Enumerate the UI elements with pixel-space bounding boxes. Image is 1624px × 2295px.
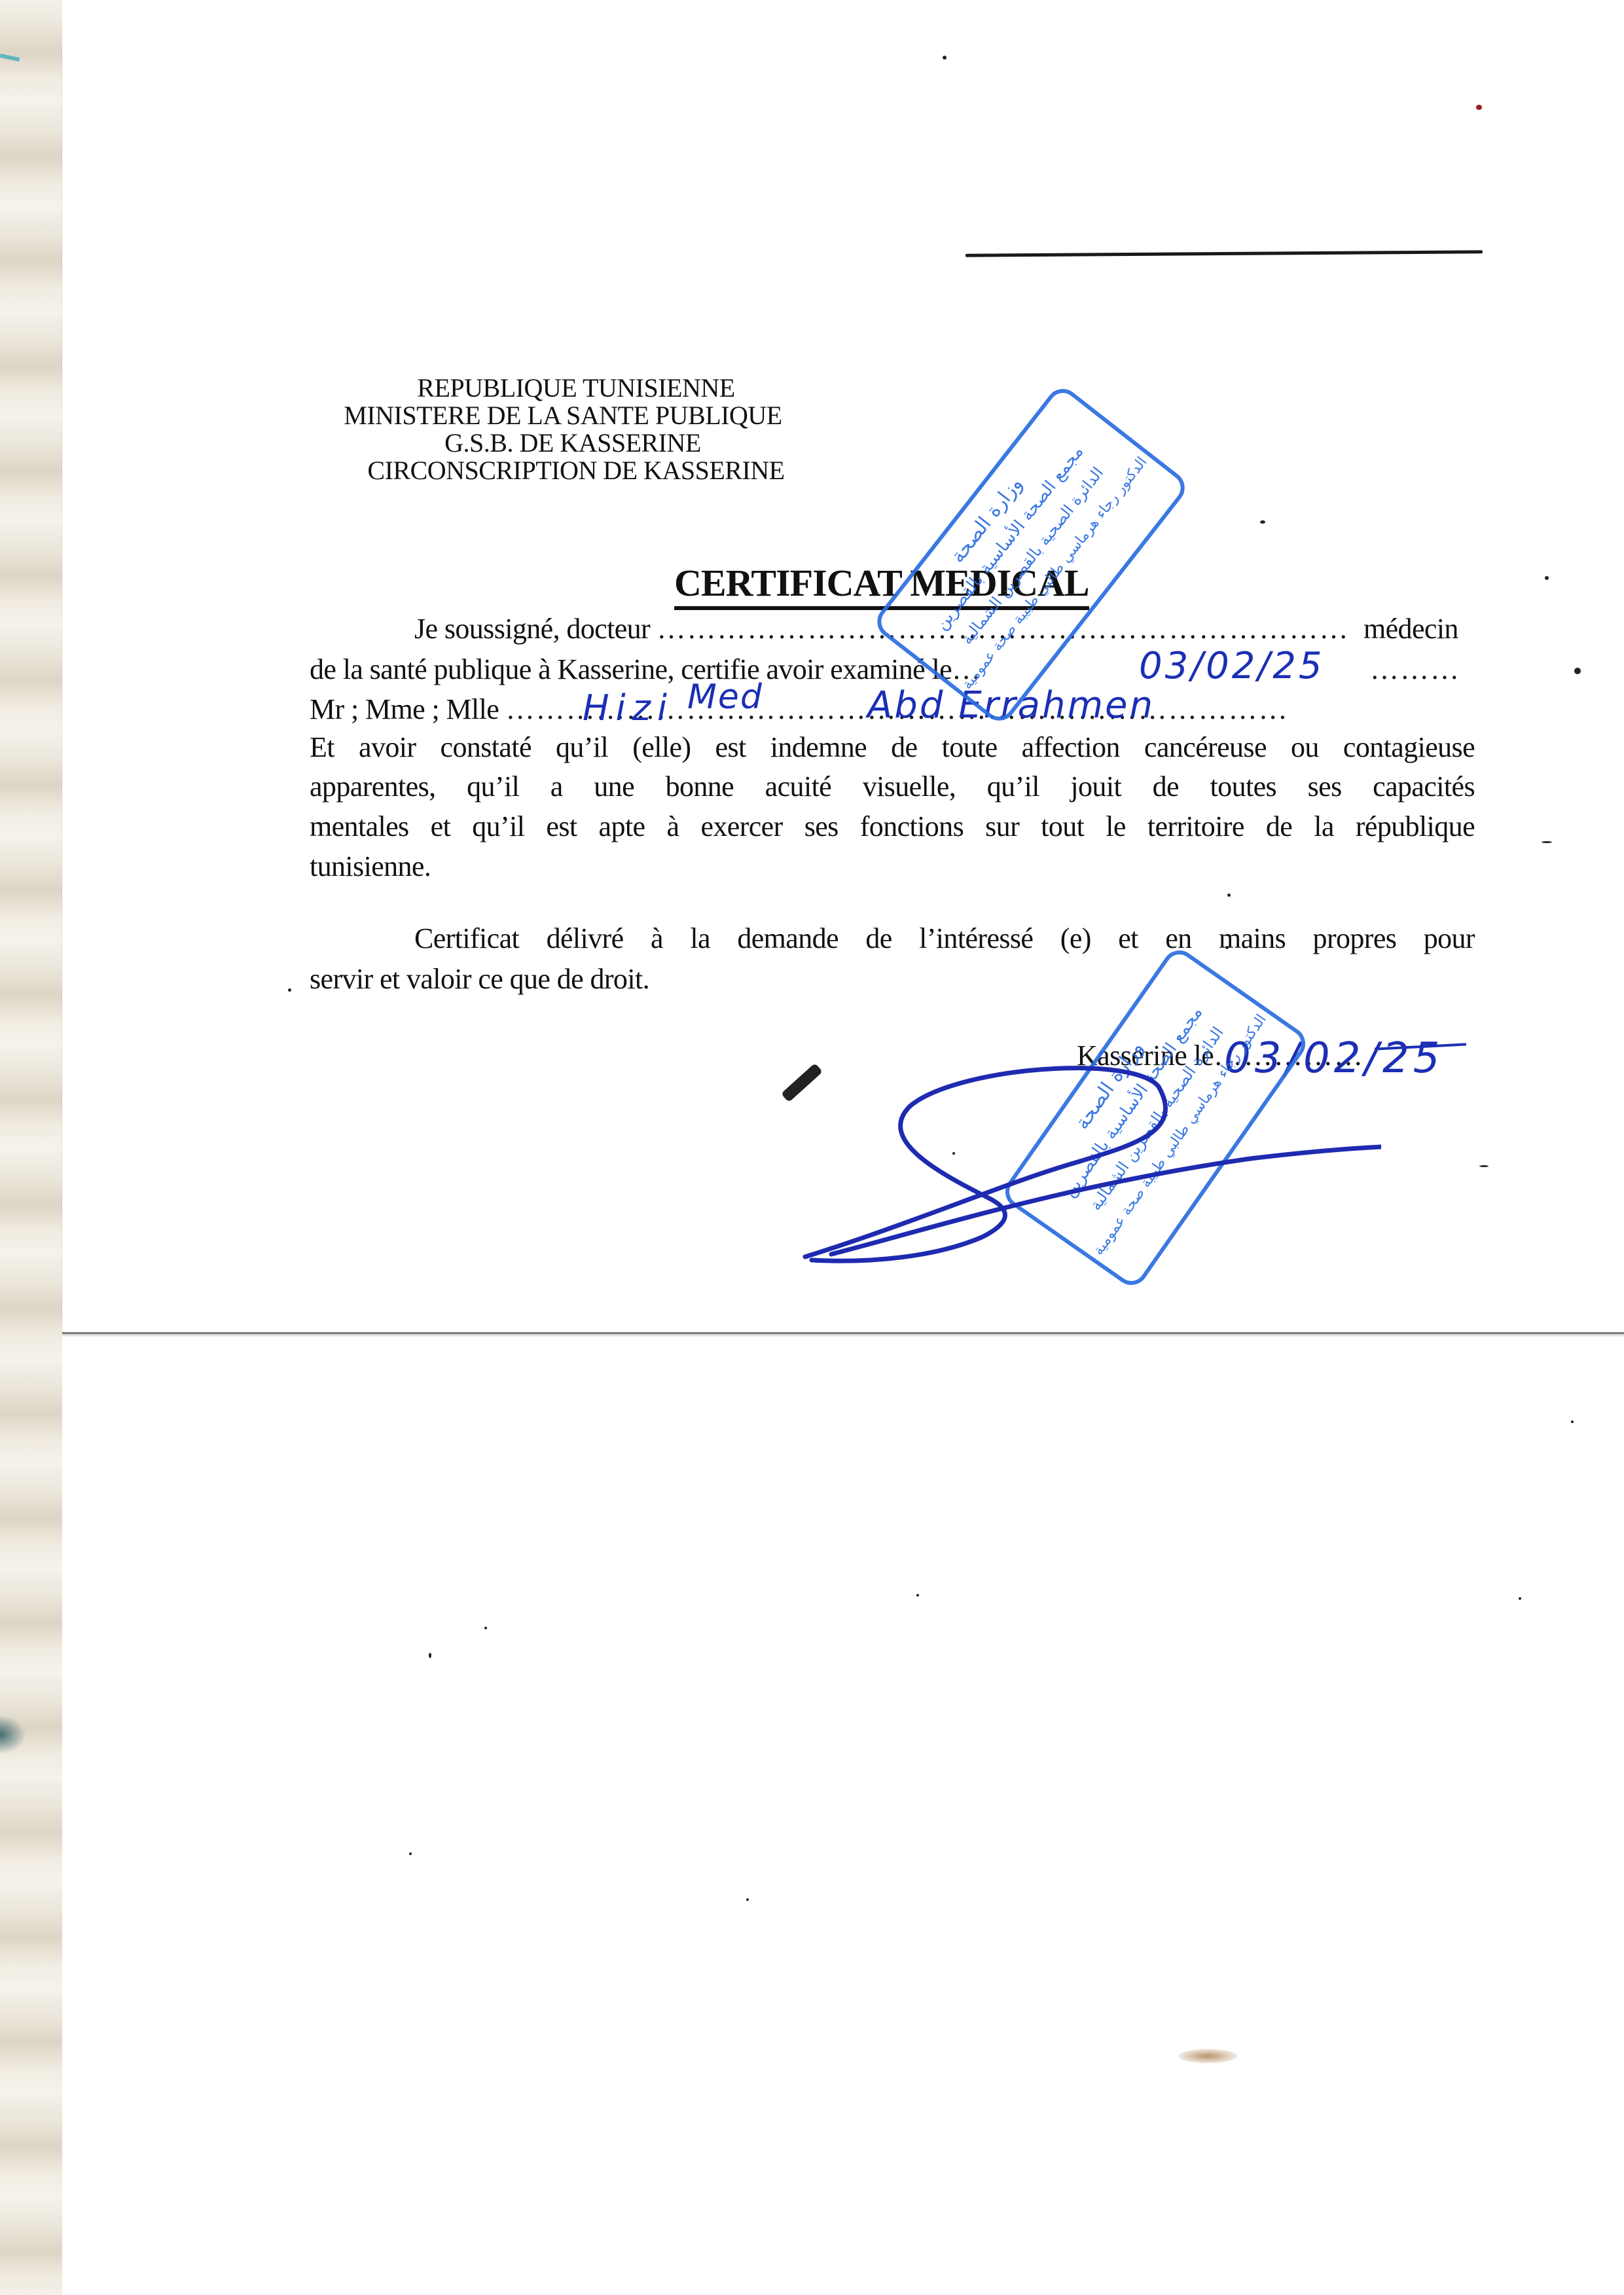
paragraph1-line3: mentales et qu’il est apte à exercer ses… (310, 810, 1475, 844)
scan-speck (1545, 576, 1549, 580)
scan-speck (1571, 1420, 1574, 1423)
paragraph1-line1: Et avoir constaté qu’il (elle) est indem… (310, 731, 1475, 765)
scan-speck (1260, 520, 1265, 524)
handwritten-patient-first: Hizi (583, 687, 674, 729)
letterhead-gsb: G.S.B. DE KASSERINE (308, 429, 818, 457)
doctor-label: Je soussigné, docteur (414, 613, 650, 645)
letterhead-ministry: MINISTERE DE LA SANTE PUBLIQUE (308, 402, 818, 429)
paper-stain (1178, 2049, 1237, 2063)
scan-speck (484, 1627, 487, 1629)
handwritten-patient-mid: Med (687, 678, 763, 717)
scan-speck (1479, 1165, 1489, 1167)
doctor-signature (792, 1060, 1381, 1270)
scan-speck (1225, 946, 1229, 949)
paragraph2-line1: Certificat délivré à la demande de l’int… (414, 922, 1475, 956)
letterhead-circonscription: CIRCONSCRIPTION DE KASSERINE (308, 457, 818, 484)
paragraph1-line2: apparentes, qu’il a une bonne acuité vis… (310, 770, 1475, 804)
exam-date-line: de la santé publique à Kasserine, certif… (310, 653, 982, 687)
letterhead-republic: REPUBLIQUE TUNISIENNE (308, 374, 818, 402)
medecin-word: médecin (1363, 612, 1458, 646)
scanner-bed-edge (0, 0, 62, 2295)
scan-speck (1542, 841, 1552, 843)
scan-speck (1574, 668, 1581, 674)
handwritten-exam-date: 03/02/25 (1139, 645, 1325, 687)
scan-speck (916, 1594, 919, 1597)
scan-speck (943, 56, 947, 60)
scan-speck (1476, 105, 1482, 110)
scan-speck (409, 1852, 412, 1855)
paragraph2-line2: servir et valoir ce que de droit. (310, 962, 649, 996)
exam-date-label: de la santé publique à Kasserine, certif… (310, 653, 952, 685)
scan-speck (952, 1152, 955, 1155)
letterhead: REPUBLIQUE TUNISIENNE MINISTERE DE LA SA… (308, 374, 818, 484)
exam-date-trailing-dots: ……… (1370, 653, 1460, 687)
patient-label: Mr ; Mme ; Mlle (310, 693, 499, 725)
scan-speck (746, 1898, 749, 1901)
scan-speck (1519, 1597, 1521, 1600)
paragraph1-line4: tunisienne. (310, 850, 431, 884)
scan-speck (288, 988, 291, 992)
scan-speck (429, 1653, 431, 1658)
scan-speck (1227, 894, 1231, 897)
